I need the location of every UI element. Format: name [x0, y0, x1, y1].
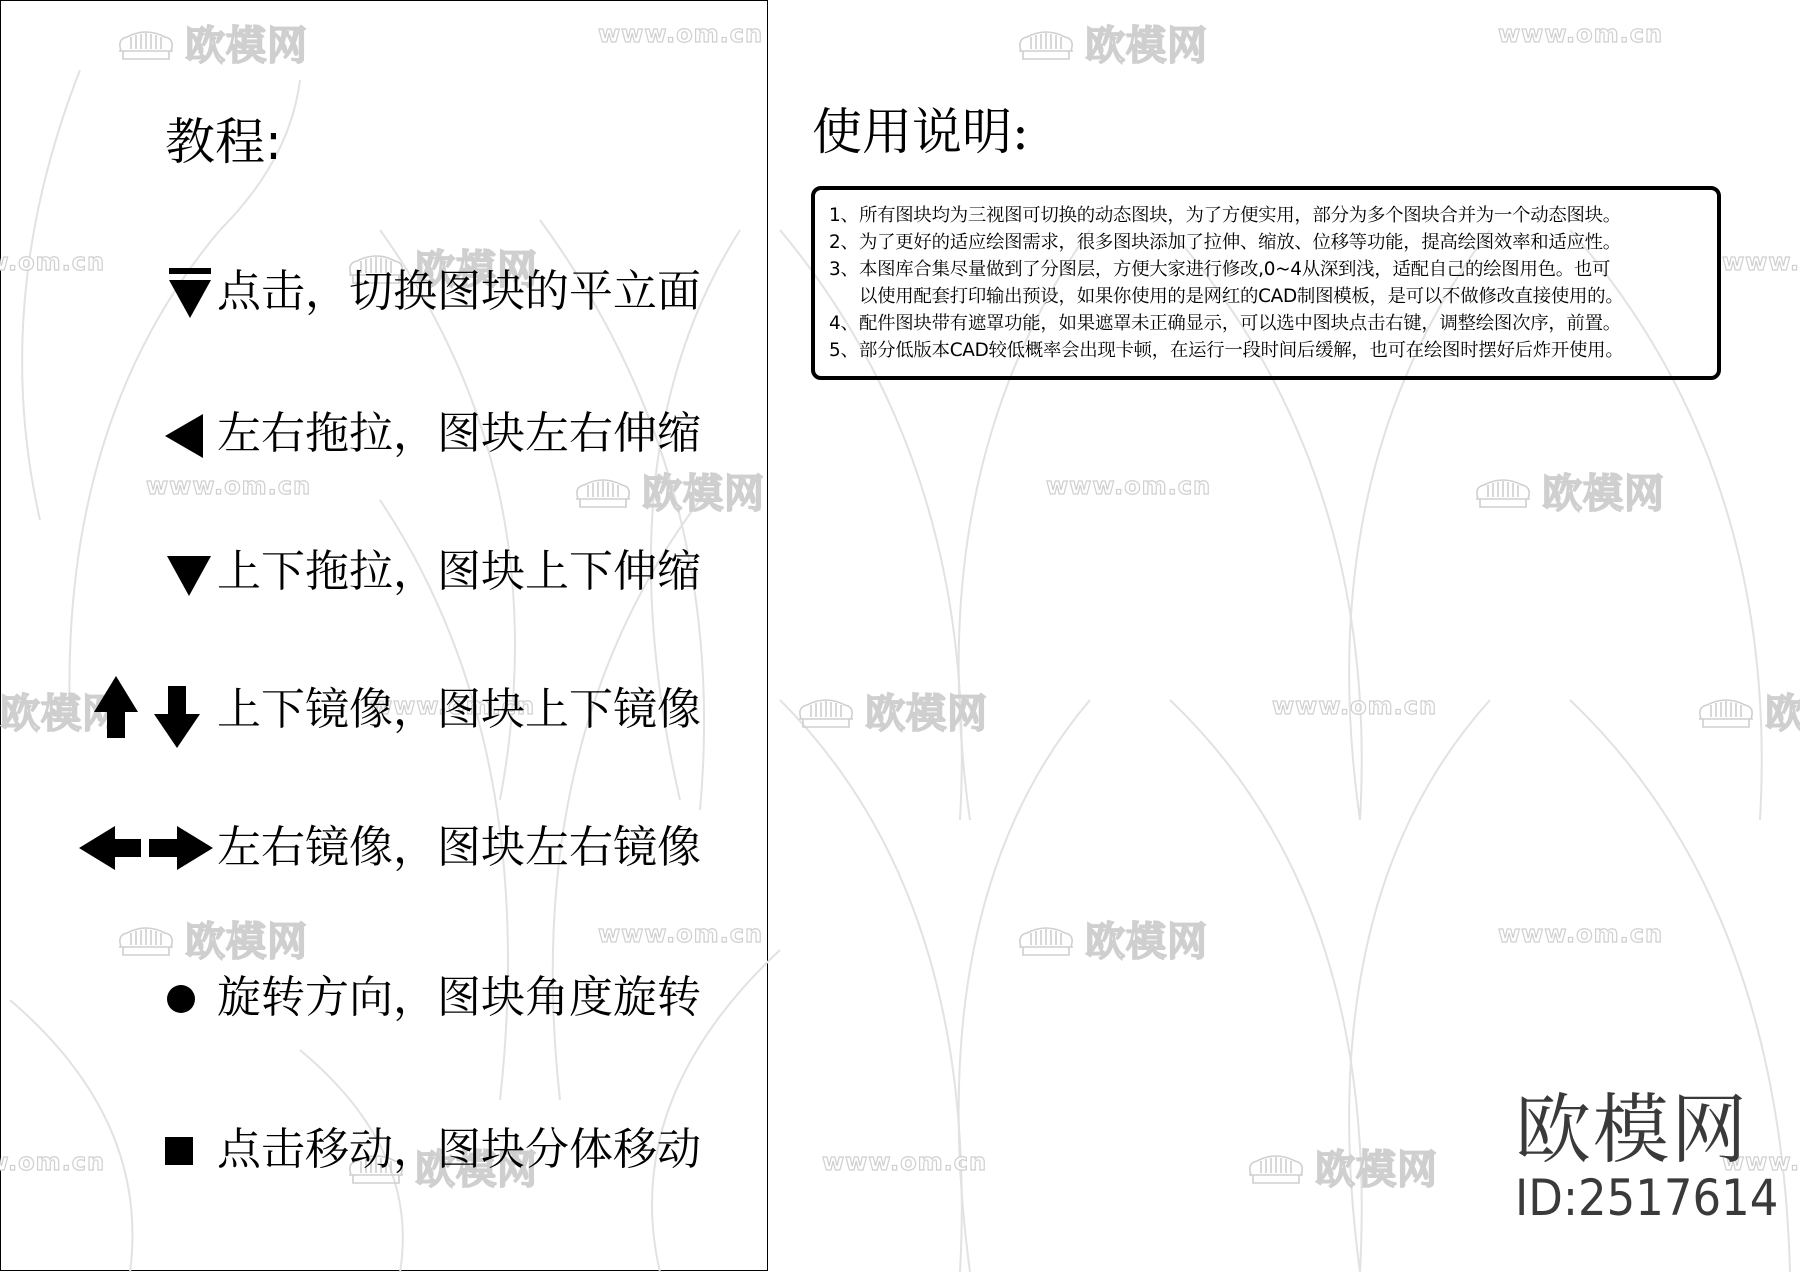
toggle-view-icon	[167, 268, 213, 320]
tutorial-row-rotate: 旋转方向，图块角度旋转	[0, 968, 700, 1028]
usage-notes-box: 1、所有图块均为三视图可切换的动态图块，为了方便实用，部分为多个图块合并为一个动…	[811, 186, 1721, 380]
tutorial-label: 点击移动，图块分体移动	[217, 1120, 701, 1180]
tutorial-row-move: 点击移动，图块分体移动	[0, 1120, 700, 1180]
flip-vertical-icon	[94, 676, 204, 748]
tutorial-title: 教程:	[165, 112, 282, 172]
tutorial-label: 左右拖拉，图块左右伸缩	[217, 404, 701, 464]
usage-note: 4、配件图块带有遮罩功能，如果遮罩未正确显示，可以选中图块点击右键，调整绘图次序…	[829, 310, 1703, 337]
note-text: 部分低版本CAD较低概率会出现卡顿，在运行一段时间后缓解，也可在绘图时摆好后炸开…	[859, 340, 1623, 361]
stretch-up-down-icon	[167, 556, 211, 596]
tutorial-label: 上下拖拉，图块上下伸缩	[217, 542, 701, 602]
usage-note: 5、部分低版本CAD较低概率会出现卡顿，在运行一段时间后缓解，也可在绘图时摆好后…	[829, 337, 1703, 364]
tutorial-label: 旋转方向，图块角度旋转	[217, 968, 701, 1028]
note-number: 2、	[829, 229, 859, 256]
tutorial-label: 上下镜像，图块上下镜像	[217, 680, 701, 740]
usage-note-continuation: 以使用配套打印输出预设，如果你使用的是网红的CAD制图模板，是可以不做修改直接使…	[829, 283, 1703, 310]
note-number: 5、	[829, 337, 859, 364]
tutorial-row-flip-vertical: 上下镜像，图块上下镜像	[0, 680, 700, 740]
stretch-left-right-icon	[165, 414, 205, 458]
usage-title: 使用说明:	[812, 100, 1029, 164]
brand-stamp: 欧模网 ID:2517614	[1515, 1088, 1778, 1226]
note-text: 为了更好的适应绘图需求，很多图块添加了拉伸、缩放、位移等功能，提高绘图效率和适应…	[859, 232, 1621, 253]
note-number: 3、	[829, 256, 859, 283]
flip-horizontal-icon	[79, 826, 213, 870]
note-number: 4、	[829, 310, 859, 337]
note-text: 以使用配套打印输出预设，如果你使用的是网红的CAD制图模板，是可以不做修改直接使…	[859, 286, 1623, 307]
usage-note: 2、为了更好的适应绘图需求，很多图块添加了拉伸、缩放、位移等功能，提高绘图效率和…	[829, 229, 1703, 256]
move-icon	[165, 1137, 193, 1165]
tutorial-label: 点击，切换图块的平立面	[217, 262, 701, 322]
document-content: 教程: 点击，切换图块的平立面 左右拖拉，图块左右伸缩 上下拖拉，图块上下伸缩 …	[0, 0, 1800, 1272]
tutorial-row-flip-horizontal: 左右镜像，图块左右镜像	[0, 818, 700, 878]
tutorial-row-stretch-left-right: 左右拖拉，图块左右伸缩	[0, 404, 700, 464]
model-id: ID:2517614	[1515, 1170, 1778, 1226]
rotate-icon	[166, 984, 196, 1014]
brand-name: 欧模网	[1515, 1088, 1778, 1172]
note-number: 1、	[829, 202, 859, 229]
note-text: 本图库合集尽量做到了分图层，方便大家进行修改,0~4从深到浅，适配自己的绘图用色…	[859, 259, 1610, 280]
usage-note: 1、所有图块均为三视图可切换的动态图块，为了方便实用，部分为多个图块合并为一个动…	[829, 202, 1703, 229]
note-text: 配件图块带有遮罩功能，如果遮罩未正确显示，可以选中图块点击右键，调整绘图次序，前…	[859, 313, 1621, 334]
tutorial-row-toggle-view: 点击，切换图块的平立面	[0, 262, 700, 322]
tutorial-row-stretch-up-down: 上下拖拉，图块上下伸缩	[0, 542, 700, 602]
tutorial-label: 左右镜像，图块左右镜像	[217, 818, 701, 878]
note-text: 所有图块均为三视图可切换的动态图块，为了方便实用，部分为多个图块合并为一个动态图…	[859, 205, 1621, 226]
usage-note: 3、本图库合集尽量做到了分图层，方便大家进行修改,0~4从深到浅，适配自己的绘图…	[829, 256, 1703, 283]
